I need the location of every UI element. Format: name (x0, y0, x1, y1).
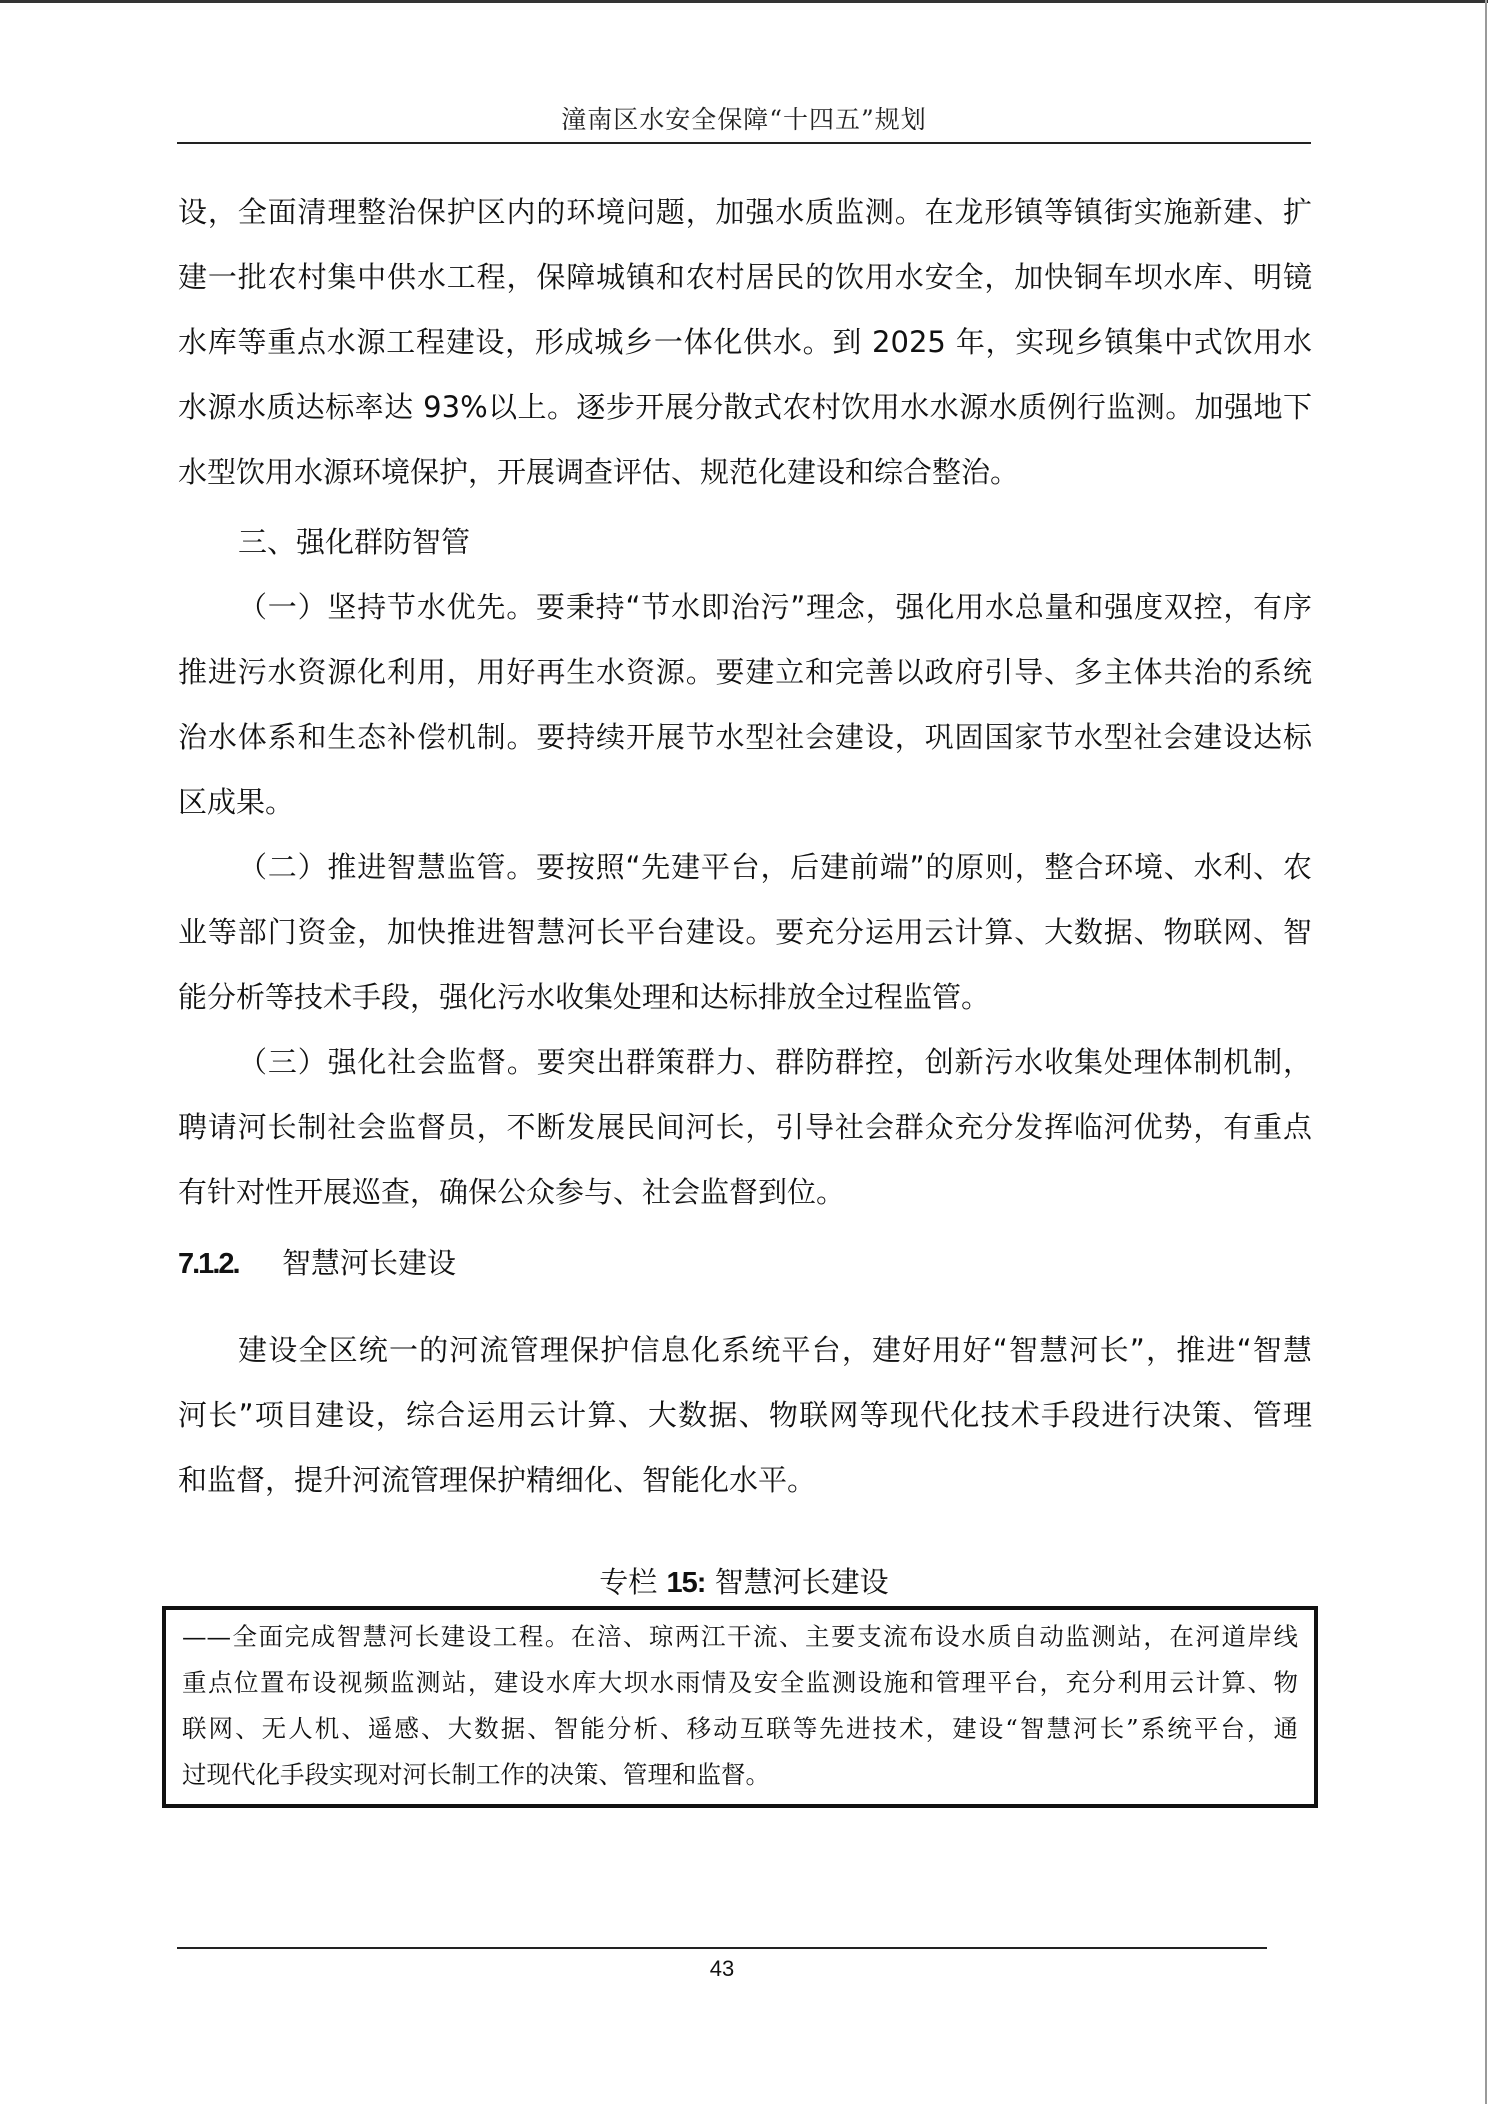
footer-rule (177, 1947, 1267, 1949)
paragraph-line: 建一批农村集中供水工程，保障城镇和农村居民的饮用水安全，加快铜车坝水库、明镜 (178, 257, 1312, 297)
column-box-line: 过现代化手段实现对河长制工作的决策、管理和监督。 (182, 1755, 1298, 1795)
paragraph-line: 河长”项目建设，综合运用云计算、大数据、物联网等现代化技术手段进行决策、管理 (178, 1395, 1312, 1435)
section-heading: 7.1.2.智慧河长建设 (178, 1243, 456, 1284)
column-box-title: 专栏 15: 智慧河长建设 (177, 1562, 1311, 1603)
paragraph-line: （二）推进智慧监管。要按照“先建平台，后建前端”的原则，整合环境、水利、农 (178, 847, 1312, 887)
paragraph-line: 聘请河长制社会监督员，不断发展民间河长，引导社会群众充分发挥临河优势，有重点 (178, 1107, 1312, 1147)
subsection-heading: 三、强化群防智管 (238, 522, 470, 562)
paragraph-line: 水库等重点水源工程建设，形成城乡一体化供水。到 2025 年，实现乡镇集中式饮用… (178, 322, 1312, 362)
paragraph-line: 治水体系和生态补偿机制。要持续开展节水型社会建设，巩固国家节水型社会建设达标 (178, 717, 1312, 757)
page-frame-right (1485, 0, 1487, 2104)
paragraph-line: 水型饮用水源环境保护，开展调查评估、规范化建设和综合整治。 (178, 452, 1312, 492)
column-box-line: 重点位置布设视频监测站，建设水库大坝水雨情及安全监测设施和管理平台，充分利用云计… (182, 1663, 1298, 1703)
paragraph-line: 推进污水资源化利用，用好再生水资源。要建立和完善以政府引导、多主体共治的系统 (178, 652, 1312, 692)
section-number: 7.1.2. (178, 1244, 282, 1284)
paragraph-line: （三）强化社会监督。要突出群策群力、群防群控，创新污水收集处理体制机制， (178, 1042, 1312, 1082)
page-number: 43 (177, 1954, 1267, 1984)
paragraph-line: 设，全面清理整治保护区内的环境问题，加强水质监测。在龙形镇等镇街实施新建、扩 (178, 192, 1312, 232)
column-box-line: ——全面完成智慧河长建设工程。在涪、琼两江干流、主要支流布设水质自动监测站，在河… (182, 1617, 1298, 1657)
column-box-title-number: 15: (667, 1567, 706, 1599)
page-frame-top (0, 0, 1488, 3)
paragraph-line: 有针对性开展巡查，确保公众参与、社会监督到位。 (178, 1172, 1312, 1212)
column-box: ——全面完成智慧河长建设工程。在涪、琼两江干流、主要支流布设水质自动监测站，在河… (162, 1606, 1318, 1808)
paragraph-line: 水源水质达标率达 93%以上。逐步开展分散式农村饮用水水源水质例行监测。加强地下 (178, 387, 1312, 427)
paragraph-line: 建设全区统一的河流管理保护信息化系统平台，建好用好“智慧河长”，推进“智慧 (178, 1330, 1312, 1370)
column-box-title-prefix: 专栏 (599, 1565, 657, 1599)
column-box-line: 联网、无人机、遥感、大数据、智能分析、移动互联等先进技术，建设“智慧河长”系统平… (182, 1709, 1298, 1749)
paragraph-line: 和监督，提升河流管理保护精细化、智能化水平。 (178, 1460, 1312, 1500)
paragraph-line: 能分析等技术手段，强化污水收集处理和达标排放全过程监管。 (178, 977, 1312, 1017)
paragraph-line: （一）坚持节水优先。要秉持“节水即治污”理念，强化用水总量和强度双控，有序 (178, 587, 1312, 627)
paragraph-line: 业等部门资金，加快推进智慧河长平台建设。要充分运用云计算、大数据、物联网、智 (178, 912, 1312, 952)
paragraph-line: 区成果。 (178, 782, 1312, 822)
running-header: 潼南区水安全保障“十四五”规划 (177, 100, 1311, 136)
section-title: 智慧河长建设 (282, 1246, 456, 1280)
header-rule (177, 142, 1311, 144)
column-box-title-text: 智慧河长建设 (715, 1565, 889, 1599)
